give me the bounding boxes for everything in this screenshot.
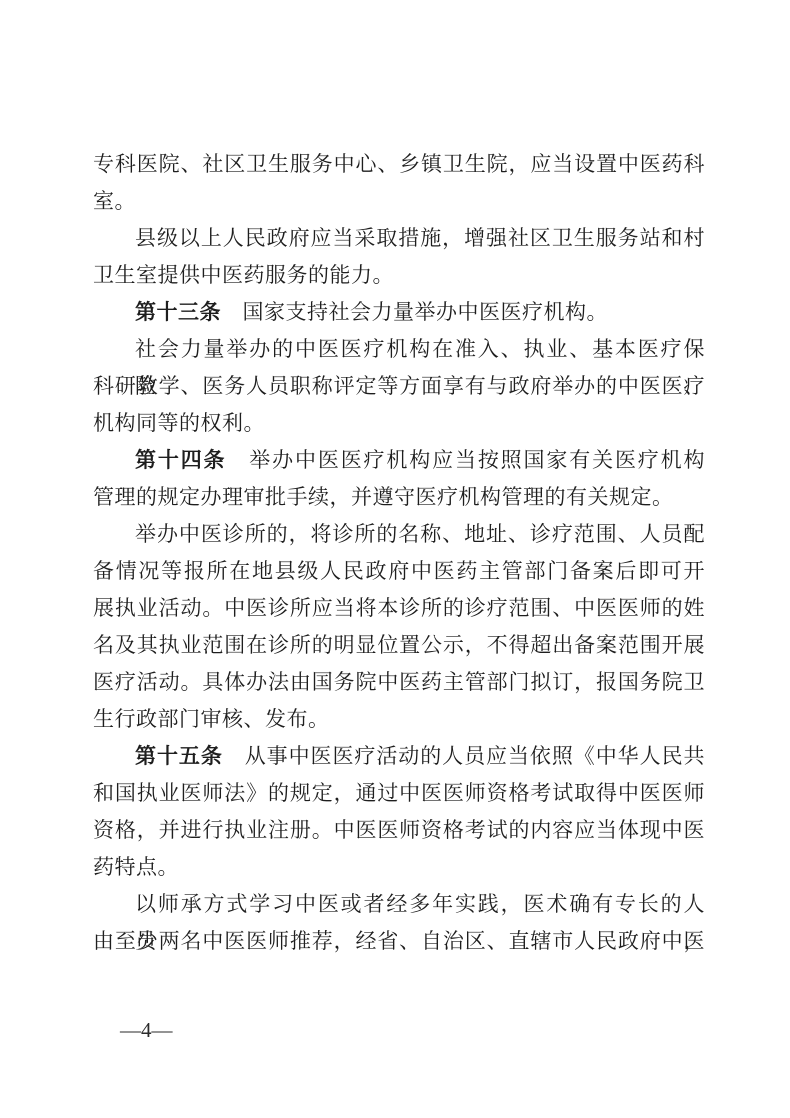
- text-line: 县级以上人民政府应当采取措施，增强社区卫生服务站和村: [93, 220, 705, 257]
- text-line: 医疗活动。具体办法由国务院中医药主管部门拟订，报国务院卫: [93, 664, 705, 701]
- document-page: 专科医院、社区卫生服务中心、乡镇卫生院，应当设置中医药科室。县级以上人民政府应当…: [0, 0, 790, 1118]
- text-line: 资格，并进行执业注册。中医医师资格考试的内容应当体现中医: [93, 812, 705, 849]
- text-line: 机构同等的权利。: [93, 405, 705, 442]
- text-line: 举办中医诊所的，将诊所的名称、地址、诊疗范围、人员配: [93, 516, 705, 553]
- text-line: 备情况等报所在地县级人民政府中医药主管部门备案后即可开: [93, 553, 705, 590]
- text-block: 专科医院、社区卫生服务中心、乡镇卫生院，应当设置中医药科室。县级以上人民政府应当…: [93, 146, 705, 960]
- text-line: 生行政部门审核、发布。: [93, 701, 705, 738]
- text-line: 社会力量举办的中医医疗机构在准入、执业、基本医疗保险、: [93, 331, 705, 368]
- text-line: 展执业活动。中医诊所应当将本诊所的诊疗范围、中医医师的姓: [93, 590, 705, 627]
- text-line: 专科医院、社区卫生服务中心、乡镇卫生院，应当设置中医药科: [93, 146, 705, 183]
- article-number: 第十五条: [135, 745, 223, 768]
- article-heading-line: 第十四条 举办中医医疗机构应当按照国家有关医疗机构: [93, 442, 705, 479]
- article-heading-line: 第十五条 从事中医医疗活动的人员应当依照《中华人民共: [93, 738, 705, 775]
- text-line: 科研教学、医务人员职称评定等方面享有与政府举办的中医医疗: [93, 368, 705, 405]
- article-number: 第十四条: [135, 449, 226, 472]
- text-line: 以师承方式学习中医或者经多年实践，医术确有专长的人员，: [93, 886, 705, 923]
- text-line: 管理的规定办理审批手续，并遵守医疗机构管理的有关规定。: [93, 479, 705, 516]
- article-number: 第十三条: [135, 301, 221, 324]
- page-number: —4—: [120, 1016, 173, 1044]
- article-heading-line: 第十三条 国家支持社会力量举办中医医疗机构。: [93, 294, 705, 331]
- text-line: 室。: [93, 183, 705, 220]
- text-line: 卫生室提供中医药服务的能力。: [93, 257, 705, 294]
- text-line: 由至少两名中医医师推荐，经省、自治区、直辖市人民政府中医: [93, 923, 705, 960]
- text-line: 药特点。: [93, 849, 705, 886]
- text-line: 和国执业医师法》的规定，通过中医医师资格考试取得中医医师: [93, 775, 705, 812]
- text-line: 名及其执业范围在诊所的明显位置公示，不得超出备案范围开展: [93, 627, 705, 664]
